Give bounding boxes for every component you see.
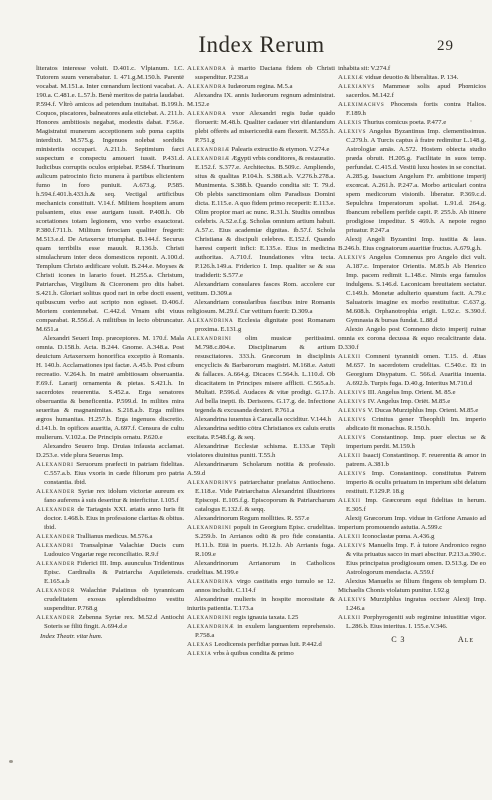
index-entry: Alexivs Manuelis Imp. F. à tutore Andron…: [338, 541, 486, 577]
entry-headword: Alexandra: [187, 110, 227, 117]
index-entry: Alexandrinvs patriarchatur prælatus Anti…: [187, 478, 335, 514]
entry-headword: Alexii: [338, 533, 361, 540]
entry-headword: Alexivs: [338, 407, 366, 414]
index-paragraph: Alexandrina iuuentus à Caracalla occidit…: [187, 415, 335, 424]
entry-headword: Alexivs: [338, 596, 366, 603]
index-entry: Alexandrinæ in exulem languentem reprehe…: [187, 622, 335, 640]
entry-headword: Alexandra: [187, 83, 227, 90]
index-entry: Alexander Zebenna Syriæ rex. M.52.d Anti…: [36, 613, 184, 631]
entry-headword: Alexandrini: [187, 524, 232, 531]
index-entry: Alexivs Angelus Comnenus pro Angelo dici…: [338, 253, 486, 325]
index-entry: Alexivs III. Angelus Imp. Orient. M. 85.…: [338, 388, 486, 397]
column-1: literatos interesse voluit. D.401.c. Vlp…: [36, 64, 184, 641]
entry-headword: Alexandriæ: [187, 146, 230, 153]
index-entry: Alexii Porphyrogeniti sub regimine inius…: [338, 613, 486, 631]
entry-headword: Alexander: [36, 533, 75, 540]
entry-headword: Alexandra: [187, 65, 227, 72]
index-entry: Alexander Trallianus medicus. M.576.a: [36, 532, 184, 541]
signature-line: C 3Ale: [338, 635, 486, 644]
entry-headword: Alexivs: [338, 254, 366, 261]
index-entry: Alexivs Crinitus gener Theophili Im. imp…: [338, 415, 486, 433]
index-entry: Alexander de Tartagnis XXI. ætatis anno …: [36, 505, 184, 532]
index-entry: Alexis Thurius comicus poeta. P.477.e: [338, 118, 486, 127]
index-paragraph: Alexandriam consularibus fascibus inire …: [187, 298, 335, 316]
index-entry: Alexandri Seruorum præfecti in patriam f…: [36, 460, 184, 487]
entry-headword: Alexandrinvs: [187, 479, 237, 486]
column-3: inhabita sit: V.274.fAlexiæ viduæ deuoti…: [338, 64, 486, 644]
entry-headword: Alexandriæ: [187, 155, 230, 162]
catchword: Ale: [458, 635, 474, 644]
index-entry: Alexandra vxor Alexandri regis Iudæ quād…: [187, 109, 335, 145]
entry-headword: Alexandri: [36, 461, 74, 468]
index-entry: Alexiæ viduæ deuotio & liberalitas. P. 1…: [338, 73, 486, 82]
entry-headword: Alexiæ: [338, 74, 363, 81]
scan-speck: [470, 120, 472, 122]
page-number: 29: [437, 38, 454, 55]
index-entry: Alexivs Murziphlus ingratus occisor Alex…: [338, 595, 486, 613]
index-entry: Alexii Isaacij Constantinop. F. reuerent…: [338, 451, 486, 469]
index-paragraph: Alexio Angelo post Comneno dicto imperij…: [338, 325, 486, 352]
entry-headword: Alexandrina: [187, 578, 233, 585]
entry-headword: Aleximachvs: [338, 101, 384, 108]
entry-headword: Alexivs: [338, 398, 366, 405]
entry-headword: Alexander: [36, 488, 75, 495]
entry-headword: Alexander: [36, 587, 75, 594]
index-paragraph: Alexandri Seueri Imp. præceptores. M. 17…: [36, 334, 184, 442]
index-entry: Alexandrina Ecclesia dignitate post Roma…: [187, 316, 335, 334]
column-2: Alexandra à marito Daciana fidem ob Chri…: [187, 64, 335, 658]
index-entry: Alexandrini populi in Georgium Episc. cr…: [187, 523, 335, 559]
index-paragraph: Alexandrinorum Regum mollities. R. 557.e: [187, 514, 335, 523]
index-paragraph: inhabita sit: V.274.f: [338, 64, 486, 73]
index-entry: Alexandriæ Ægypti vrbis conditores, & re…: [187, 154, 335, 280]
index-paragraph: Alexandrinæ Ecclesiæ schisma. E.133.æ Tē…: [187, 442, 335, 460]
index-entry: Alexander Walachiæ Palatinus ob tyrannic…: [36, 586, 184, 613]
index-entry: Alexandriæ Palearis extructio & etymon. …: [187, 145, 335, 154]
index-paragraph: Alexandra IX. annis Iudæorum regnum admi…: [187, 91, 335, 109]
index-entry: Alexivs Constantinop. Imp. puer electus …: [338, 433, 486, 451]
index-paragraph: Alexandrinarum Scholarum notitia & profe…: [187, 460, 335, 478]
index-paragraph: Alexij Angeli Byzantini Imp. iustitia & …: [338, 235, 486, 253]
index-entry: Aleximachvs Phocensis fortis contra Hali…: [338, 100, 486, 118]
index-entry: Alexander Fiderici III. Imp. auunculus T…: [36, 559, 184, 586]
index-entry: Alexii Imp. Græcorum equi fidelitas in h…: [338, 496, 486, 514]
text-columns: literatos interesse voluit. D.401.c. Vlp…: [0, 60, 492, 658]
volume-colophon: Index Theatr. vitæ hum.: [36, 632, 184, 641]
entry-headword: Alexivs: [338, 434, 366, 441]
entry-headword: Alexivs: [338, 470, 366, 477]
entry-headword: Alexii: [338, 614, 361, 621]
index-entry: Alexii Iconoclastæ pœna. A.436.g: [338, 532, 486, 541]
entry-headword: Alexandrini: [187, 614, 232, 621]
index-entry: Alexas Leodicensis perfidiæ pœnas luit. …: [187, 640, 335, 649]
running-head: Index Rerum 29: [0, 0, 492, 60]
index-paragraph: literatos interesse voluit. D.401.c. Vlp…: [36, 64, 184, 334]
entry-headword: Alexianvs: [338, 83, 375, 90]
scanned-page: Index Rerum 29 literatos interesse volui…: [0, 0, 492, 800]
index-entry: Alexandra à marito Daciana fidem ob Chri…: [187, 64, 335, 82]
entry-headword: Alexander: [36, 614, 75, 621]
entry-headword: Alexia: [187, 650, 212, 657]
index-entry: Alexia vrbs à quibus condita & primo: [187, 649, 335, 658]
entry-headword: Alexivs: [338, 389, 366, 396]
index-entry: Alexivs IV. Angelus Imp. Oriēt. M.85.e: [338, 397, 486, 406]
index-paragraph: Alexandriam consulares fasces Rom. accol…: [187, 280, 335, 298]
index-paragraph: Alexandro Seuero Imp. Druias infausta ac…: [36, 442, 184, 460]
entry-headword: Alexivs: [338, 542, 366, 549]
index-entry: Alexandrini regis ignauia taxata. I.25: [187, 613, 335, 622]
entry-headword: Alexandrinæ: [187, 623, 234, 630]
index-paragraph: Alexandrinorum Arrianorum in Catholicos …: [187, 559, 335, 577]
index-paragraph: Alexandrina seditio cōtra Christianos ex…: [187, 424, 335, 442]
entry-headword: Alexii: [338, 353, 361, 360]
entry-headword: Alexandrina: [187, 317, 233, 324]
index-entry: Alexandri Transalpinæ Valachiæ Ducis cum…: [36, 541, 184, 559]
index-entry: Alexianvs Mammeæ solis apud Phœnicios sa…: [338, 82, 486, 100]
index-entry: Alexii Comneni tyrannidi omen. T.15. d. …: [338, 352, 486, 388]
index-entry: Alexander Syriæ rex idolum victoriæ aure…: [36, 487, 184, 505]
entry-headword: Alexas: [187, 641, 213, 648]
index-entry: Alexivs V. Ducas Murziphlus Imp. Orient.…: [338, 406, 486, 415]
index-paragraph: Alexandrinæ mulieris in hospite morosita…: [187, 595, 335, 613]
entry-headword: Alexivs: [338, 416, 366, 423]
gathering-signature: C 3: [391, 635, 405, 644]
scan-speck: [9, 760, 13, 763]
index-entry: Alexandrini olim musicæ peritissimi. M.7…: [187, 334, 335, 415]
index-entry: Alexandra Iudæorum regina. M.5.a: [187, 82, 335, 91]
index-paragraph: Alexius Manuelis se filium fingens ob te…: [338, 577, 486, 595]
page-title: Index Rerum: [198, 32, 324, 58]
entry-headword: Alexii: [338, 497, 361, 504]
entry-headword: Alexander: [36, 560, 75, 567]
index-paragraph: Alexij Græcorum Imp. viduæ in Grifone Am…: [338, 514, 486, 532]
index-entry: Alexandrina virgo castitatis ergo tumulo…: [187, 577, 335, 595]
entry-headword: Alexandrini: [187, 335, 232, 342]
entry-headword: Alexandri: [36, 542, 74, 549]
entry-headword: Alexivs: [338, 128, 366, 135]
entry-headword: Alexii: [338, 452, 361, 459]
index-entry: Alexivs Imp. Constantinop. constitutus P…: [338, 469, 486, 496]
index-entry: Alexivs Angelus Byzantinus Imp. clementi…: [338, 127, 486, 235]
entry-headword: Alexis: [338, 119, 362, 126]
entry-headword: Alexander: [36, 506, 75, 513]
